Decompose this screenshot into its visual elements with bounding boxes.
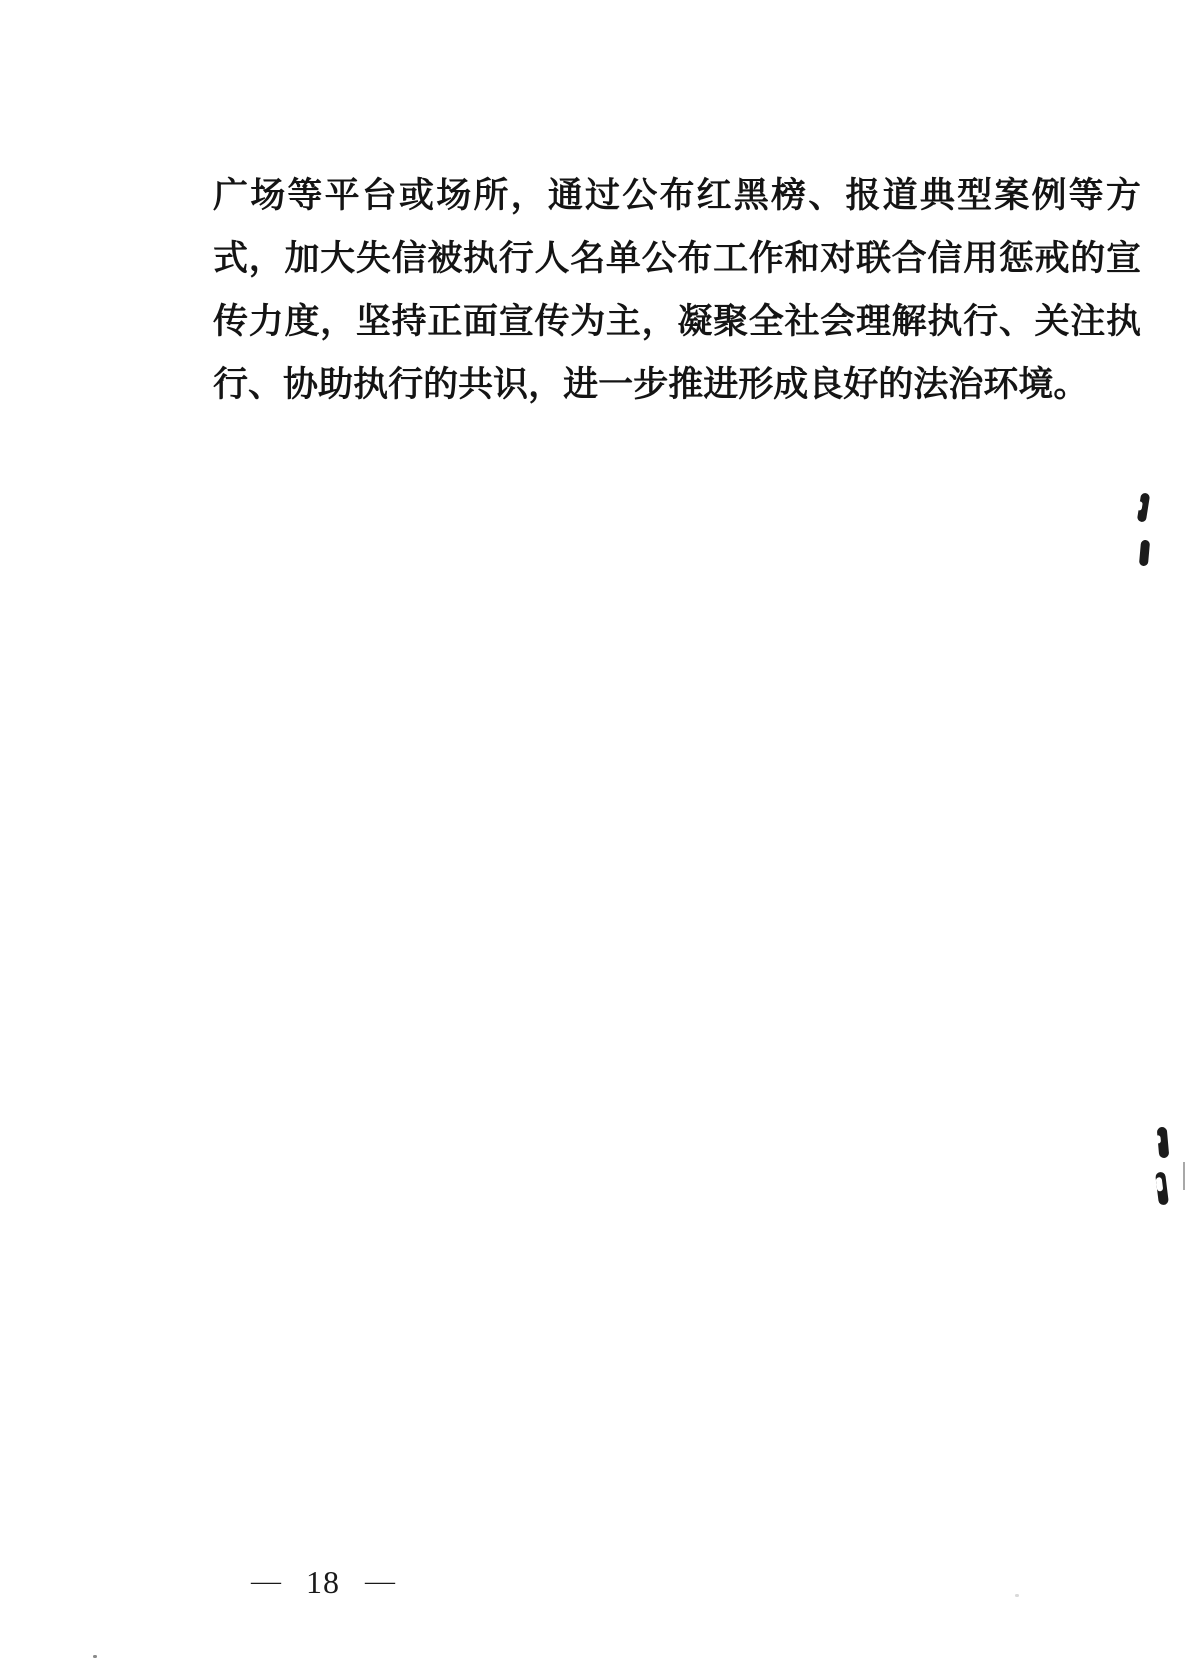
text-line: 传力度，坚持正面宣传为主，凝聚全社会理解执行、关注执 bbox=[213, 302, 1141, 342]
text-line: 行、协助执行的共识，进一步推进形成良好的法治环境。 bbox=[213, 365, 1141, 405]
document-page: 广场等平台或场所，通过公布红黑榜、报道典型案例等方式，加大失信被执行人名单公布工… bbox=[0, 0, 1186, 1664]
text-line: 广场等平台或场所，通过公布红黑榜、报道典型案例等方 bbox=[213, 176, 1141, 216]
scan-ink-mark bbox=[1137, 492, 1150, 522]
scan-speck bbox=[93, 1655, 97, 1658]
page-footer: — 18 — bbox=[251, 1565, 395, 1599]
footer-right-dash: — bbox=[365, 1570, 395, 1594]
page-number: 18 bbox=[306, 1565, 340, 1599]
scan-ink-mark bbox=[1157, 1127, 1170, 1159]
scan-speck bbox=[1015, 1594, 1019, 1597]
scan-ink-mark bbox=[1139, 540, 1150, 567]
text-line: 式，加大失信被执行人名单公布工作和对联合信用惩戒的宣 bbox=[213, 239, 1141, 279]
scan-edge-line bbox=[1183, 1162, 1185, 1190]
scan-ink-mark bbox=[1155, 1172, 1169, 1206]
document-text: 广场等平台或场所，通过公布红黑榜、报道典型案例等方式，加大失信被执行人名单公布工… bbox=[213, 176, 1141, 428]
footer-left-dash: — bbox=[251, 1570, 281, 1594]
